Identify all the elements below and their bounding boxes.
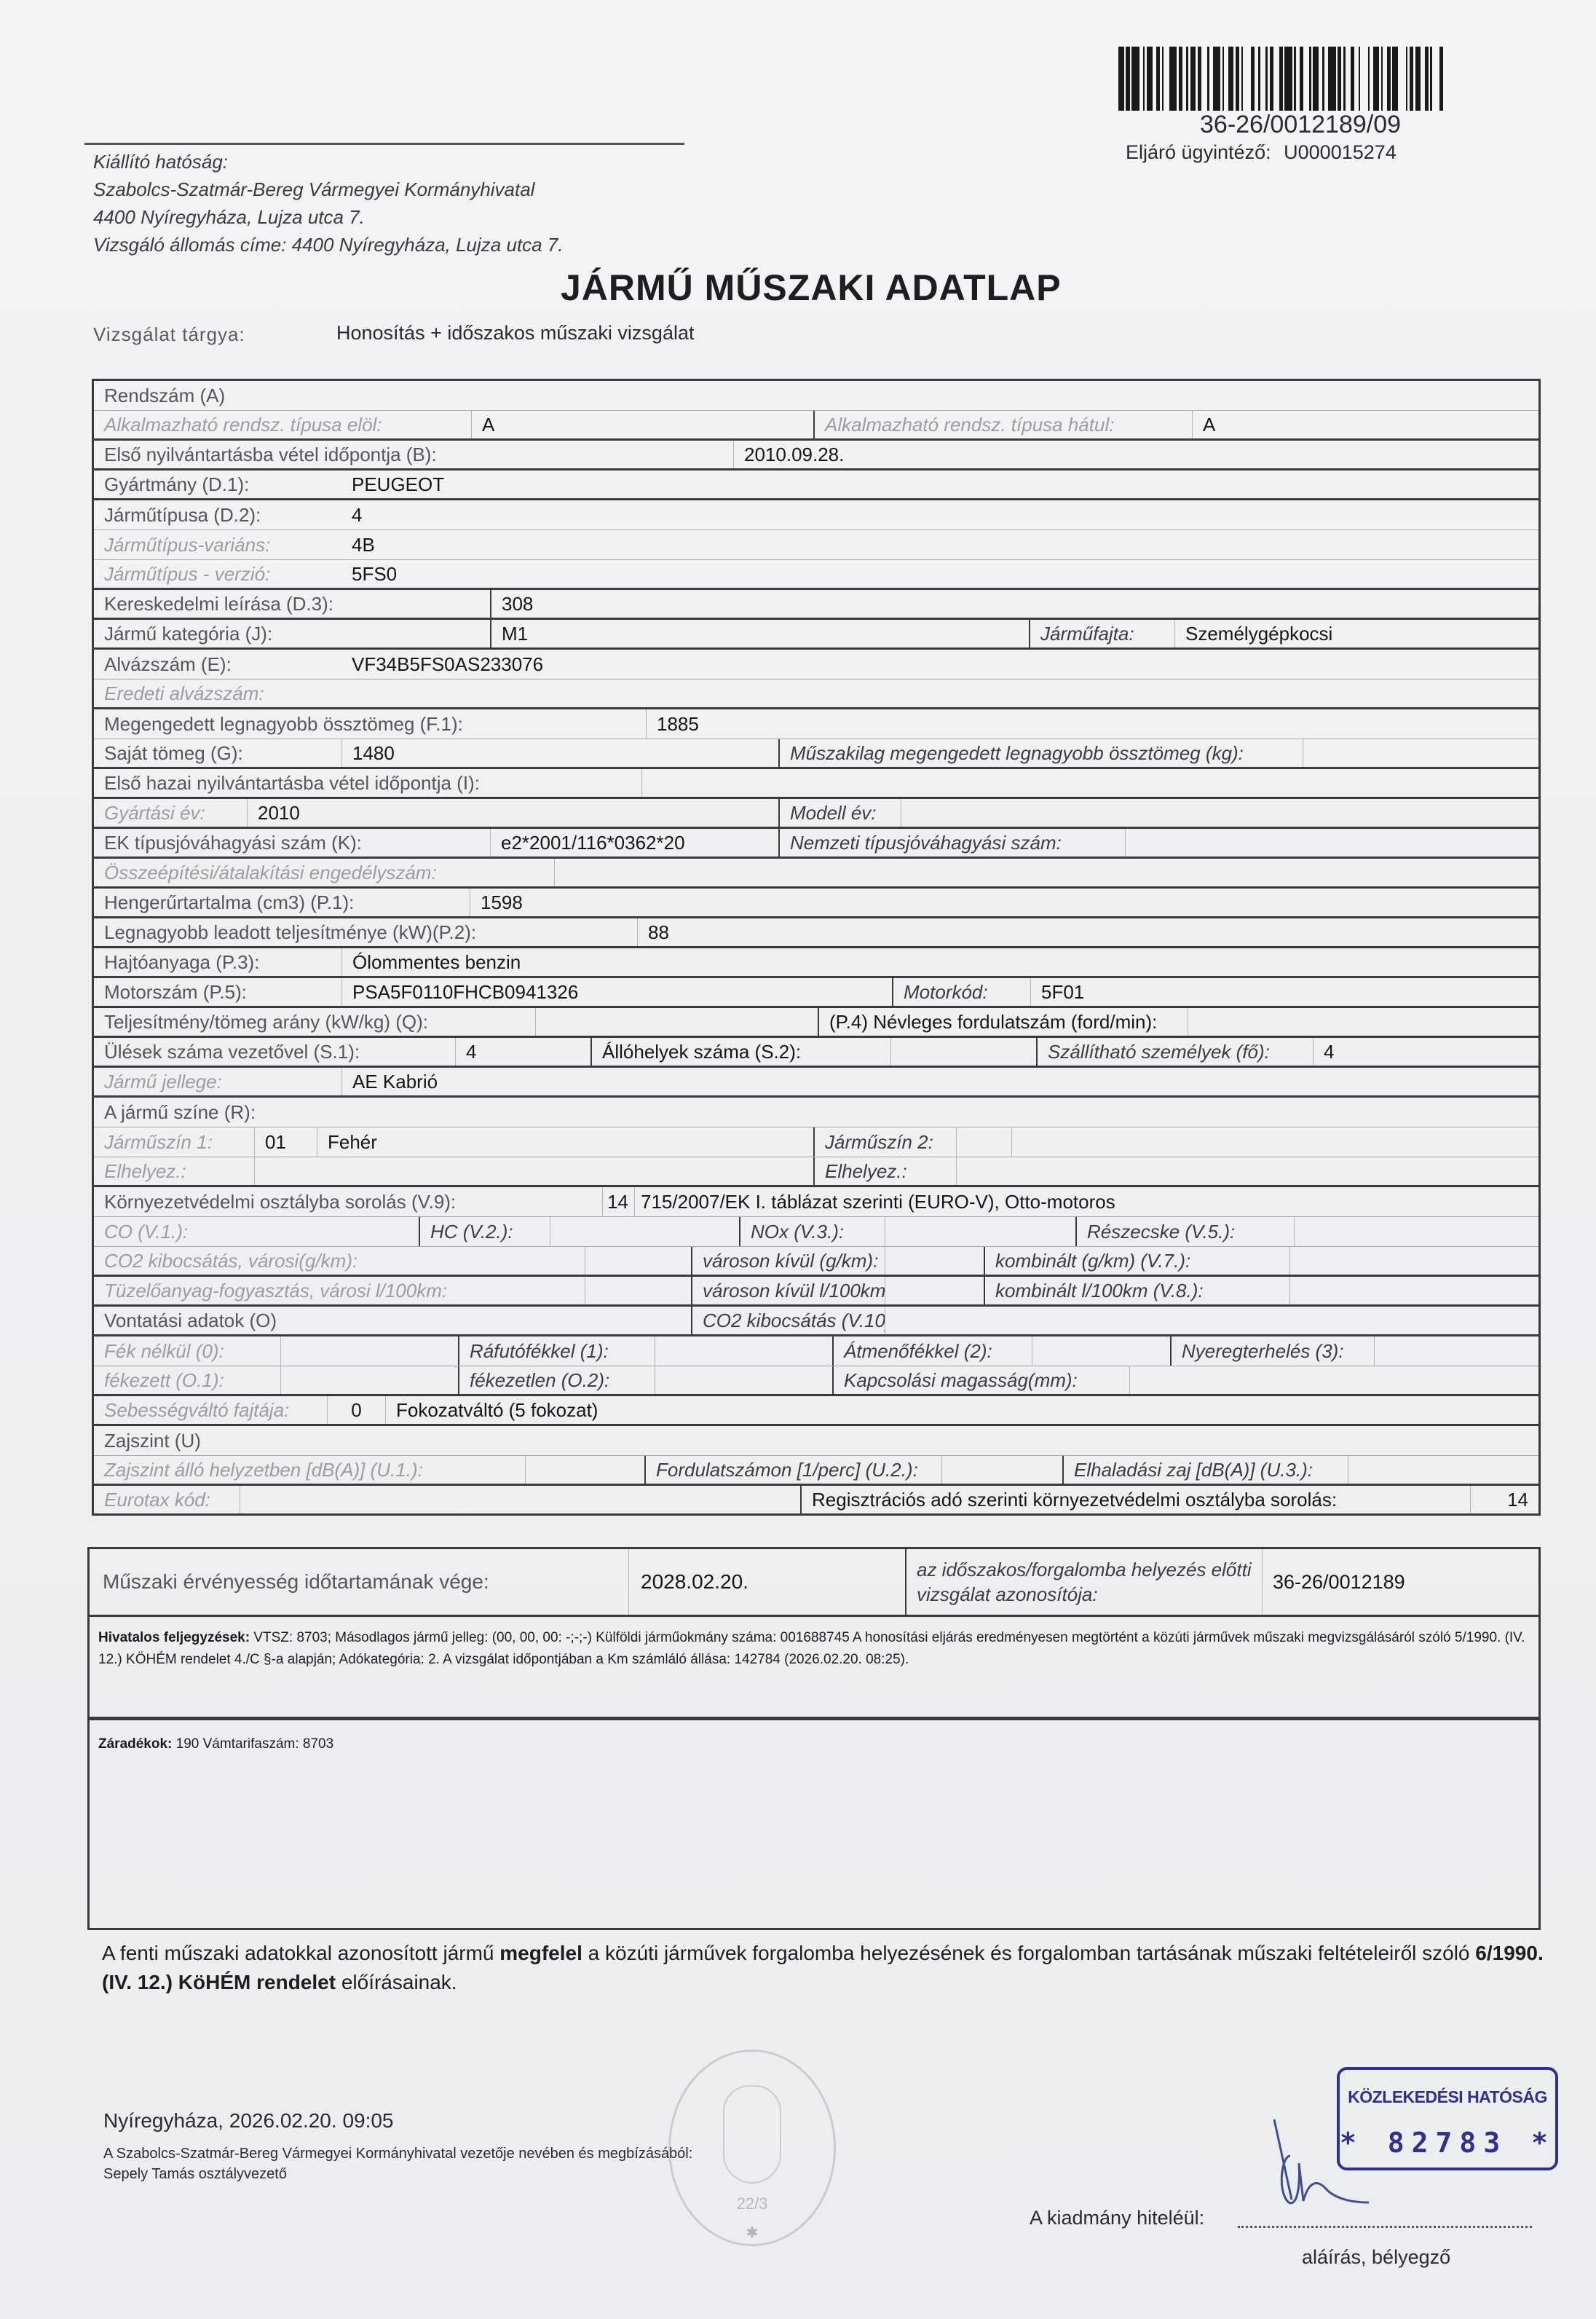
orig-vin-label: Eredeti alvázszám: bbox=[94, 680, 341, 707]
statement-text-3: előírásainak. bbox=[336, 1971, 457, 1993]
case-officer-value: U000015274 bbox=[1284, 141, 1396, 163]
clauses-box: Záradékok: 190 Vámtarifaszám: 8703 bbox=[87, 1719, 1541, 1930]
issuer-label: Kiállító hatóság: bbox=[93, 149, 228, 175]
overrun-label: Ráfutófékkel (1): bbox=[458, 1336, 655, 1366]
variant-value: 4B bbox=[341, 530, 1538, 559]
color2-label: Járműszín 2: bbox=[813, 1127, 956, 1157]
trade-value: 308 bbox=[490, 590, 1538, 618]
row-prod-year: Gyártási év: 2010 Modell év: bbox=[94, 799, 1538, 829]
prod-year-value: 2010 bbox=[247, 799, 778, 827]
row-color1: Járműszín 1: 01 Fehér Járműszín 2: bbox=[94, 1127, 1538, 1157]
row-noise-values: Zajszint álló helyzetben [dB(A)] (U.1.):… bbox=[94, 1456, 1538, 1486]
row-category: Jármű kategória (J): M1 Járműfajta: Szem… bbox=[94, 620, 1538, 650]
eurotax-label: Eurotax kód: bbox=[94, 1486, 240, 1513]
nox-label: NOx (V.3.): bbox=[739, 1217, 885, 1246]
coupling-label: Kapcsolási magasság(mm): bbox=[832, 1366, 1129, 1394]
type-label: Járműtípusa (D.2): bbox=[94, 500, 341, 529]
row-gearbox: Sebességváltó fajtája: 0 Fokozatváltó (5… bbox=[94, 1396, 1538, 1426]
rpm-label: (P.4) Névleges fordulatszám (ford/min): bbox=[818, 1008, 1188, 1036]
version-label: Járműtípus - verzió: bbox=[94, 560, 341, 588]
fuel-extra-label: városon kívül l/100km: bbox=[691, 1277, 885, 1304]
engine-no-label: Motorszám (P.5): bbox=[94, 978, 341, 1006]
env-class-code: 14 bbox=[602, 1187, 634, 1216]
row-fuel-cons: Tüzelőanyag-fogyasztás, városi l/100km: … bbox=[94, 1277, 1538, 1307]
vehicle-data-table: Rendszám (A) Alkalmazható rendsz. típusa… bbox=[92, 379, 1541, 1516]
statement-verdict: megfelel bbox=[499, 1942, 582, 1964]
assembly-label: Összeépítési/átalakítási engedélyszám: bbox=[94, 859, 554, 886]
model-year-value bbox=[901, 799, 1538, 827]
first-reg-label: Első nyilvántartásba vétel időpontja (B)… bbox=[94, 441, 733, 468]
seal-star-icon: ✱ bbox=[671, 2224, 834, 2242]
fuel-urban-value bbox=[585, 1277, 691, 1304]
row-ec-approval: EK típusjóváhagyási szám (K): e2*2001/11… bbox=[94, 829, 1538, 859]
inspection-id-value: 36-26/0012189 bbox=[1262, 1549, 1538, 1615]
row-color: A jármű színe (R): bbox=[94, 1098, 1538, 1127]
color-label: A jármű színe (R): bbox=[94, 1098, 1538, 1127]
row-orig-vin: Eredeti alvázszám: bbox=[94, 680, 1538, 709]
saddle-label: Nyeregterhelés (3): bbox=[1170, 1336, 1374, 1366]
barcode-number: 36-26/0012189/09 bbox=[1200, 111, 1401, 139]
co2-v10-label: CO2 kibocsátás (V.10): bbox=[691, 1307, 885, 1334]
header-rule bbox=[84, 143, 684, 145]
row-variant: Járműtípus-variáns: 4B bbox=[94, 530, 1538, 560]
displacement-label: Hengerűrtartalma (cm3) (P.1): bbox=[94, 889, 470, 916]
particle-label: Részecske (V.5.): bbox=[1075, 1217, 1294, 1246]
subject-label: Vizsgálat tárgya: bbox=[93, 323, 245, 346]
character-value: AE Kabrió bbox=[341, 1068, 1538, 1095]
own-mass-value: 1480 bbox=[341, 739, 778, 767]
row-vin: Alvázszám (E): VF34B5FS0AS233076 bbox=[94, 650, 1538, 680]
nox-value bbox=[885, 1217, 1075, 1246]
plate-front-label: Alkalmazható rendsz. típusa elöl: bbox=[94, 411, 471, 438]
row-first-dom-reg: Első hazai nyilvántartásba vétel időpont… bbox=[94, 769, 1538, 799]
no-brake-value bbox=[280, 1336, 458, 1366]
gearbox-code: 0 bbox=[327, 1396, 385, 1424]
unbraked-label: fékezetlen (O.2): bbox=[458, 1366, 655, 1394]
make-label: Gyártmány (D.1): bbox=[94, 471, 341, 498]
co2-comb-value bbox=[1289, 1247, 1538, 1275]
place2-value bbox=[956, 1157, 1538, 1185]
co2-v10-value bbox=[885, 1307, 1538, 1334]
passengers-label: Szállítható személyek (fő): bbox=[1036, 1038, 1313, 1066]
station-address: Vizsgáló állomás címe: 4400 Nyíregyháza,… bbox=[93, 232, 564, 258]
place-date: Nyíregyháza, 2026.02.20. 09:05 bbox=[103, 2109, 394, 2133]
signer-name: Sepely Tamás osztályvezető bbox=[103, 2166, 287, 2183]
noise-pass-value bbox=[1348, 1456, 1538, 1484]
nat-approval-label: Nemzeti típusjóváhagyási szám: bbox=[778, 829, 1125, 857]
trade-label: Kereskedelmi leírása (D.3): bbox=[94, 590, 490, 618]
barcode bbox=[1118, 47, 1497, 111]
first-dom-reg-value bbox=[641, 769, 1538, 797]
fuel-comb-label: kombinált l/100km (V.8.): bbox=[984, 1277, 1289, 1304]
signature-line bbox=[1238, 2226, 1532, 2228]
fuel-extra-value bbox=[885, 1277, 984, 1304]
row-placement: Elhelyez.: Elhelyez.: bbox=[94, 1157, 1538, 1187]
env-class-label: Környezetvédelmi osztályba sorolás (V.9)… bbox=[94, 1187, 602, 1216]
on-behalf-text: A Szabolcs-Szatmár-Bereg Vármegyei Kormá… bbox=[103, 2146, 692, 2162]
vin-value: VF34B5FS0AS233076 bbox=[341, 650, 1538, 679]
version-value: 5FS0 bbox=[341, 560, 1538, 588]
validity-row: Műszaki érvényesség időtartamának vége: … bbox=[87, 1547, 1541, 1617]
color2-code bbox=[956, 1127, 1011, 1157]
no-brake-label: Fék nélkül (0): bbox=[94, 1336, 280, 1366]
tech-mass-value bbox=[1303, 739, 1538, 767]
max-mass-label: Megengedett legnagyobb össztömeg (F.1): bbox=[94, 709, 646, 739]
gearbox-value: Fokozatváltó (5 fokozat) bbox=[385, 1396, 1538, 1424]
statement-text-2: a közúti járművek forgalomba helyezéséne… bbox=[582, 1942, 1475, 1964]
row-make: Gyártmány (D.1): PEUGEOT bbox=[94, 471, 1538, 500]
category-value: M1 bbox=[490, 620, 1029, 647]
engine-code-label: Motorkód: bbox=[892, 978, 1030, 1006]
co2-extra-label: városon kívül (g/km): bbox=[691, 1247, 885, 1275]
clauses-text: 190 Vámtarifaszám: 8703 bbox=[176, 1736, 334, 1752]
color1-label: Járműszín 1: bbox=[94, 1127, 254, 1157]
coat-of-arms-icon bbox=[723, 2085, 781, 2184]
braked-value bbox=[280, 1366, 458, 1394]
hc-label: HC (V.2.): bbox=[419, 1217, 550, 1246]
plate-rear-label: Alkalmazható rendsz. típusa hátul: bbox=[813, 411, 1192, 438]
seal-number: 22/3 bbox=[671, 2194, 834, 2213]
prod-year-label: Gyártási év: bbox=[94, 799, 247, 827]
row-towing: Vontatási adatok (O) CO2 kibocsátás (V.1… bbox=[94, 1307, 1538, 1336]
pw-ratio-value bbox=[535, 1008, 818, 1036]
displacement-value: 1598 bbox=[470, 889, 1538, 916]
seats-label: Ülések száma vezetővel (S.1): bbox=[94, 1038, 455, 1066]
noise-stat-label: Zajszint álló helyzetben [dB(A)] (U.1.): bbox=[94, 1456, 525, 1484]
compliance-statement: A fenti műszaki adatokkal azonosított já… bbox=[102, 1939, 1544, 1997]
fuel-label: Hajtóanyaga (P.3): bbox=[94, 948, 341, 976]
co-label: CO (V.1.): bbox=[94, 1217, 419, 1246]
signature-caption: aláírás, bélyegző bbox=[1302, 2246, 1450, 2269]
case-officer-label: Eljáró ügyintéző: bbox=[1126, 141, 1271, 163]
row-plate: Rendszám (A) bbox=[94, 381, 1538, 411]
row-braked: fékezett (O.1): fékezetlen (O.2): Kapcso… bbox=[94, 1366, 1538, 1396]
towing-label: Vontatási adatok (O) bbox=[94, 1307, 691, 1334]
type-value: 4 bbox=[341, 500, 1538, 529]
row-displacement: Hengerűrtartalma (cm3) (P.1): 1598 bbox=[94, 889, 1538, 918]
particle-value bbox=[1294, 1217, 1538, 1246]
ec-approval-value: e2*2001/116*0362*20 bbox=[490, 829, 778, 857]
noise-rpm-label: Fordulatszámon [1/perc] (U.2.): bbox=[644, 1456, 941, 1484]
clauses-label: Záradékok: bbox=[98, 1736, 172, 1752]
row-brakes: Fék nélkül (0): Ráfutófékkel (1): Átmenő… bbox=[94, 1336, 1538, 1366]
noise-stat-value bbox=[525, 1456, 644, 1484]
category-label: Jármű kategória (J): bbox=[94, 620, 490, 647]
fuel-comb-value bbox=[1289, 1277, 1538, 1304]
document-page: 36-26/0012189/09 Eljáró ügyintéző: U0000… bbox=[0, 0, 1596, 2319]
model-year-label: Modell év: bbox=[778, 799, 901, 827]
noise-label: Zajszint (U) bbox=[94, 1426, 1538, 1455]
row-character: Jármű jellege: AE Kabrió bbox=[94, 1068, 1538, 1098]
hc-value bbox=[550, 1217, 739, 1246]
color1-code: 01 bbox=[254, 1127, 317, 1157]
validity-label: Műszaki érvényesség időtartamának vége: bbox=[90, 1549, 628, 1615]
row-own-mass: Saját tömeg (G): 1480 Műszakilag megenge… bbox=[94, 739, 1538, 769]
statement-text-1: A fenti műszaki adatokkal azonosított já… bbox=[102, 1942, 499, 1964]
issuer-address: 4400 Nyíregyháza, Lujza utca 7. bbox=[93, 204, 365, 230]
reg-tax-label: Regisztrációs adó szerinti környezetvéde… bbox=[800, 1486, 1470, 1513]
co2-urban-value bbox=[585, 1247, 691, 1275]
fuel-urban-label: Tüzelőanyag-fogyasztás, városi l/100km: bbox=[94, 1277, 585, 1304]
engine-no-value: PSA5F0110FHCB0941326 bbox=[341, 978, 892, 1006]
fuel-value: Ólommentes benzin bbox=[341, 948, 1538, 976]
engine-code-value: 5F01 bbox=[1030, 978, 1538, 1006]
braked-label: fékezett (O.1): bbox=[94, 1366, 280, 1394]
place1-label: Elhelyez.: bbox=[94, 1157, 254, 1185]
standing-value bbox=[890, 1038, 1036, 1066]
signature-icon bbox=[1260, 2112, 1391, 2221]
max-mass-value: 1885 bbox=[646, 709, 1538, 739]
first-reg-value: 2010.09.28. bbox=[733, 441, 1538, 468]
row-power: Legnagyobb leadott teljesítménye (kW)(P.… bbox=[94, 918, 1538, 948]
unbraked-value bbox=[655, 1366, 832, 1394]
row-trade: Kereskedelmi leírása (D.3): 308 bbox=[94, 590, 1538, 620]
noise-rpm-value bbox=[941, 1456, 1062, 1484]
env-class-value: 715/2007/EK I. táblázat szerinti (EURO-V… bbox=[634, 1187, 1538, 1216]
orig-vin-value bbox=[341, 680, 1538, 707]
color2-value bbox=[1011, 1127, 1538, 1157]
row-fuel: Hajtóanyaga (P.3): Ólommentes benzin bbox=[94, 948, 1538, 978]
official-seal: 22/3 ✱ bbox=[668, 2050, 836, 2246]
variant-label: Járműtípus-variáns: bbox=[94, 530, 341, 559]
saddle-value bbox=[1374, 1336, 1538, 1366]
eurotax-value bbox=[240, 1486, 800, 1513]
case-officer: Eljáró ügyintéző: U000015274 bbox=[1126, 141, 1396, 164]
row-first-reg: Első nyilvántartásba vétel időpontja (B)… bbox=[94, 441, 1538, 471]
official-notes-text: VTSZ: 8703; Másodlagos jármű jelleg: (00… bbox=[98, 1630, 1525, 1667]
issuer-name: Szabolcs-Szatmár-Bereg Vármegyei Kormány… bbox=[93, 176, 534, 202]
vin-label: Alvázszám (E): bbox=[94, 650, 341, 679]
pw-ratio-label: Teljesítmény/tömeg arány (kW/kg) (Q): bbox=[94, 1008, 535, 1036]
row-seats: Ülések száma vezetővel (S.1): 4 Állóhely… bbox=[94, 1038, 1538, 1068]
row-version: Járműtípus - verzió: 5FS0 bbox=[94, 560, 1538, 590]
row-eurotax: Eurotax kód: Regisztrációs adó szerinti … bbox=[94, 1486, 1538, 1516]
row-noise: Zajszint (U) bbox=[94, 1426, 1538, 1456]
power-label: Legnagyobb leadott teljesítménye (kW)(P.… bbox=[94, 918, 637, 946]
plate-label: Rendszám (A) bbox=[94, 381, 1538, 410]
nat-approval-value bbox=[1125, 829, 1538, 857]
standing-label: Állóhelyek száma (S.2): bbox=[590, 1038, 890, 1066]
overrun-value bbox=[655, 1336, 832, 1366]
rpm-value bbox=[1188, 1008, 1538, 1036]
official-notes: Hivatalos feljegyzések: VTSZ: 8703; Máso… bbox=[87, 1617, 1541, 1719]
row-type: Járműtípusa (D.2): 4 bbox=[94, 500, 1538, 530]
through-label: Átmenőfékkel (2): bbox=[832, 1336, 1032, 1366]
page-title: JÁRMŰ MŰSZAKI ADATLAP bbox=[561, 267, 1062, 309]
row-plate-types: Alkalmazható rendsz. típusa elöl: A Alka… bbox=[94, 411, 1538, 441]
kind-label: Járműfajta: bbox=[1029, 620, 1174, 647]
own-mass-label: Saját tömeg (G): bbox=[94, 739, 341, 767]
inspection-id-label: az időszakos/forgalomba helyezés előtti … bbox=[905, 1549, 1262, 1615]
plate-front-value: A bbox=[471, 411, 813, 438]
co2-extra-value bbox=[885, 1247, 984, 1275]
power-value: 88 bbox=[637, 918, 1538, 946]
kind-value: Személygépkocsi bbox=[1174, 620, 1538, 647]
validity-value: 2028.02.20. bbox=[628, 1549, 905, 1615]
stamp-title: KÖZLEKEDÉSI HATÓSÁG bbox=[1340, 2087, 1555, 2107]
row-co2: CO2 kibocsátás, városi(g/km): városon kí… bbox=[94, 1247, 1538, 1277]
row-pw-ratio: Teljesítmény/tömeg arány (kW/kg) (Q): (P… bbox=[94, 1008, 1538, 1038]
gearbox-label: Sebességváltó fajtája: bbox=[94, 1396, 327, 1424]
row-max-mass: Megengedett legnagyobb össztömeg (F.1): … bbox=[94, 709, 1538, 739]
place2-label: Elhelyez.: bbox=[813, 1157, 956, 1185]
first-dom-reg-label: Első hazai nyilvántartásba vétel időpont… bbox=[94, 769, 641, 797]
certify-label: A kiadmány hiteléül: bbox=[1030, 2207, 1204, 2229]
noise-pass-label: Elhaladási zaj [dB(A)] (U.3.): bbox=[1062, 1456, 1348, 1484]
place1-value bbox=[254, 1157, 813, 1185]
tech-mass-label: Műszakilag megengedett legnagyobb össztö… bbox=[778, 739, 1303, 767]
official-notes-label: Hivatalos feljegyzések: bbox=[98, 1630, 250, 1645]
passengers-value: 4 bbox=[1313, 1038, 1538, 1066]
row-emissions: CO (V.1.): HC (V.2.): NOx (V.3.): Részec… bbox=[94, 1217, 1538, 1247]
co2-urban-label: CO2 kibocsátás, városi(g/km): bbox=[94, 1247, 585, 1275]
character-label: Jármű jellege: bbox=[94, 1068, 341, 1095]
assembly-value bbox=[554, 859, 1538, 886]
make-value: PEUGEOT bbox=[341, 471, 1538, 498]
coupling-value bbox=[1129, 1366, 1538, 1394]
color1-value: Fehér bbox=[317, 1127, 813, 1157]
ec-approval-label: EK típusjóváhagyási szám (K): bbox=[94, 829, 490, 857]
plate-rear-value: A bbox=[1192, 411, 1538, 438]
seats-value: 4 bbox=[455, 1038, 590, 1066]
subject-value: Honosítás + időszakos műszaki vizsgálat bbox=[336, 322, 694, 344]
reg-tax-value: 14 bbox=[1470, 1486, 1538, 1513]
row-env-class: Környezetvédelmi osztályba sorolás (V.9)… bbox=[94, 1187, 1538, 1217]
through-value bbox=[1032, 1336, 1170, 1366]
row-assembly: Összeépítési/átalakítási engedélyszám: bbox=[94, 859, 1538, 889]
row-engine: Motorszám (P.5): PSA5F0110FHCB0941326 Mo… bbox=[94, 978, 1538, 1008]
co2-comb-label: kombinált (g/km) (V.7.): bbox=[984, 1247, 1289, 1275]
